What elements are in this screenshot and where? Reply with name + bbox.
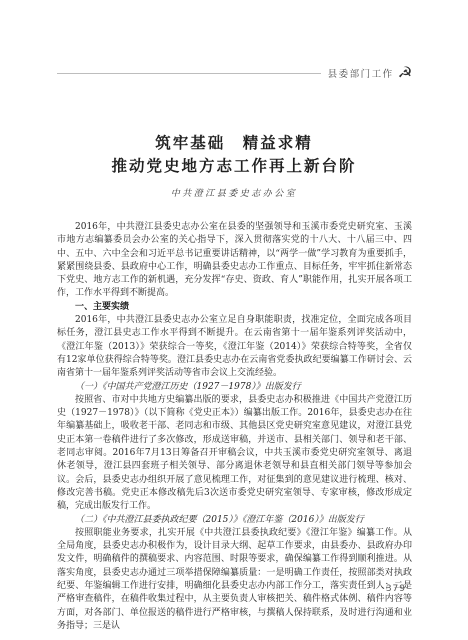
header-section-label: 县委部门工作 [328,66,394,80]
article-body: 2016年，中共澄江县委史志办公室在县委的坚强领导和玉溪市委党史研究室、玉溪市地… [57,221,412,633]
page-number: 379 [386,584,406,594]
paragraph: 2016年，中共澄江县委史志办公室立足自身职能职责，找准定位，全面完成各项目标任… [57,314,412,380]
document-page: 县委部门工作 ☭ 筑牢基础 精益求精 推动党史地方志工作再上新台阶 中共澄江县委… [0,0,468,640]
paragraph: 按照省、市对中共地方史编纂出版的要求，县委史志办积极推进《中国共产党澄江历史（1… [57,394,412,514]
title-line-2: 推动党史地方志工作再上新台阶 [0,154,468,177]
section-heading: （一）《中国共产党澄江历史（1927－1978）》出版发行 [57,381,412,394]
header-divider [57,73,321,74]
paragraph: 按照职能业务要求，扎实开展《中共澄江县委执政纪要》《澄江年鉴》编纂工作。从全局角… [57,527,412,633]
party-emblem-icon: ☭ [397,64,413,82]
paragraph: 2016年，中共澄江县委史志办公室在县委的坚强领导和玉溪市委党史研究室、玉溪市地… [57,221,412,301]
page-header: 县委部门工作 ☭ [57,64,412,82]
author-byline: 中共澄江县委史志办公室 [0,186,468,199]
article-title: 筑牢基础 精益求精 推动党史地方志工作再上新台阶 [0,131,468,177]
title-line-1: 筑牢基础 精益求精 [0,131,468,154]
section-heading: （二）《中共澄江县委执政纪要（2015）》《澄江年鉴（2016）》出版发行 [57,514,412,527]
section-heading: 一、主要实绩 [57,301,412,314]
